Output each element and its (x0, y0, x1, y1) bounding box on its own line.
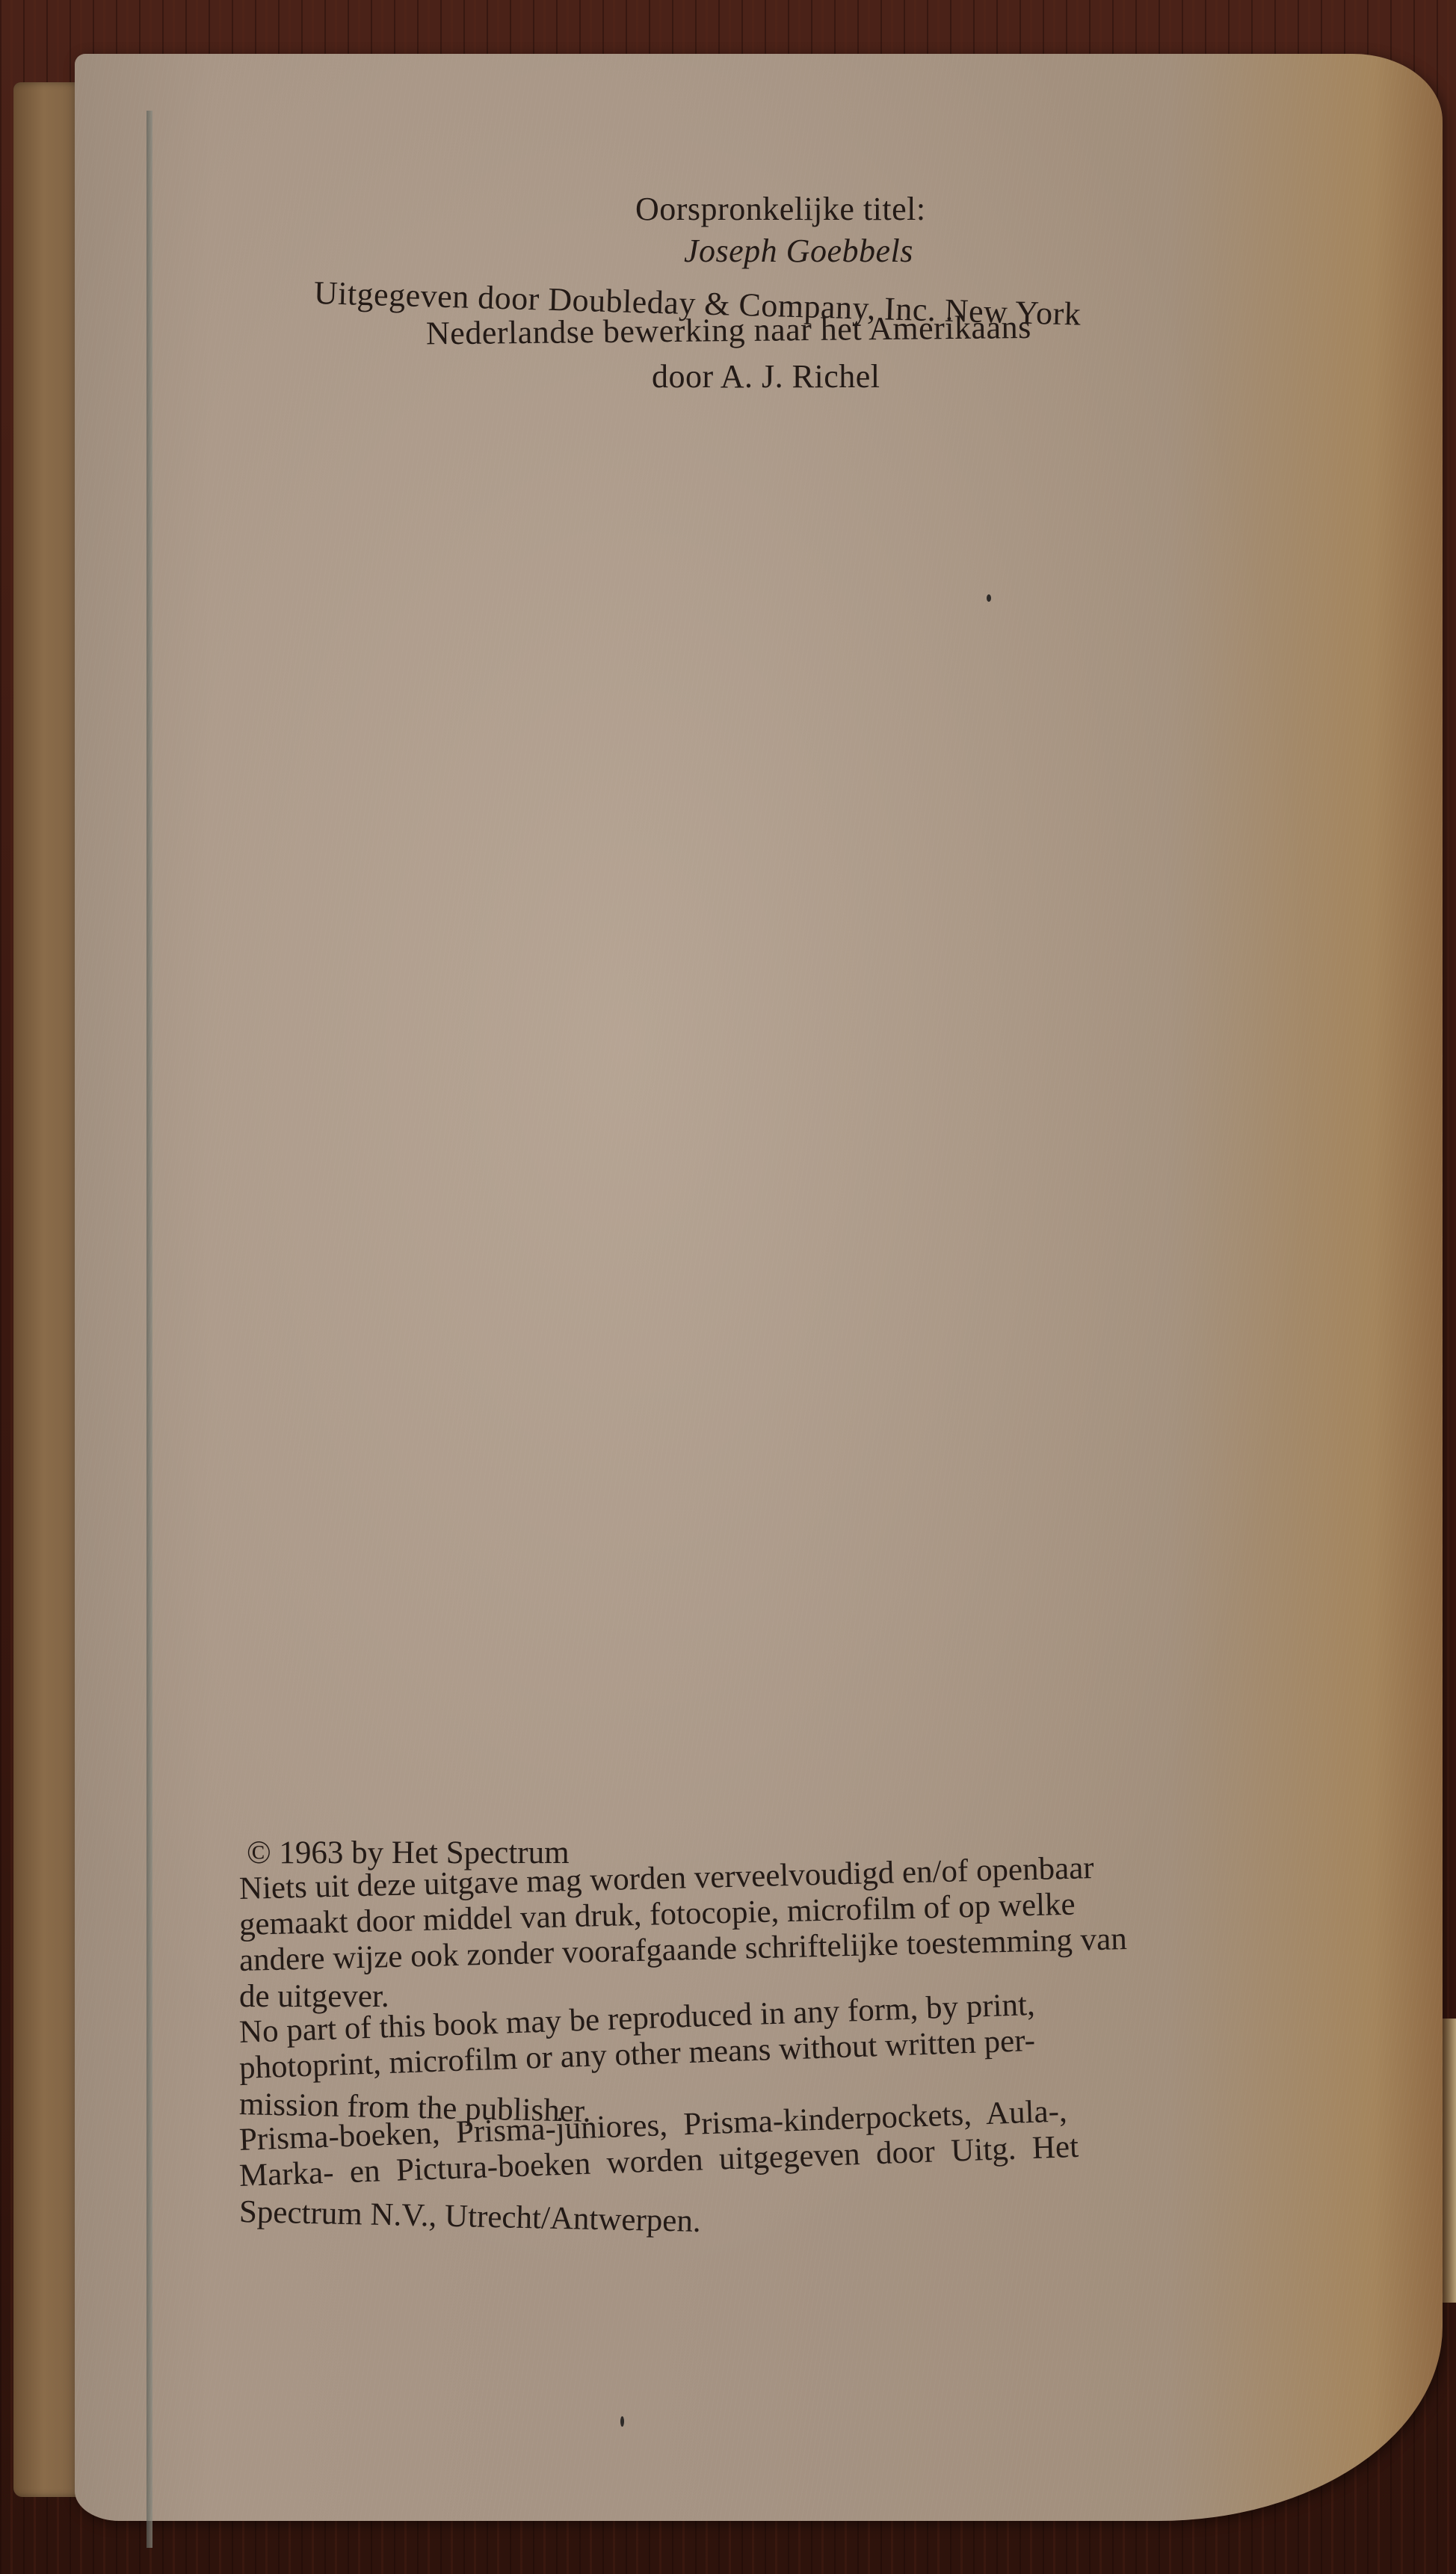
title-credits-block: Oorspronkelijke titel: Joseph Goebbels U… (314, 188, 1360, 398)
paper-speck (987, 594, 991, 602)
adjacent-page-edge (1441, 2019, 1456, 2303)
translator-line: door A. J. Richel (314, 356, 1360, 398)
copyright-block: © 1963 by Het Spectrum Niets uit deze ui… (239, 1835, 1390, 2230)
page-gutter (146, 111, 152, 2548)
imprints-paragraph: Prisma-boeken, Prisma-juniores, Prisma-k… (239, 2122, 1390, 2230)
original-title-label: Oorspronkelijke titel: (314, 188, 1360, 230)
paper-speck (620, 2416, 624, 2427)
original-title: Joseph Goebbels (314, 230, 1360, 272)
